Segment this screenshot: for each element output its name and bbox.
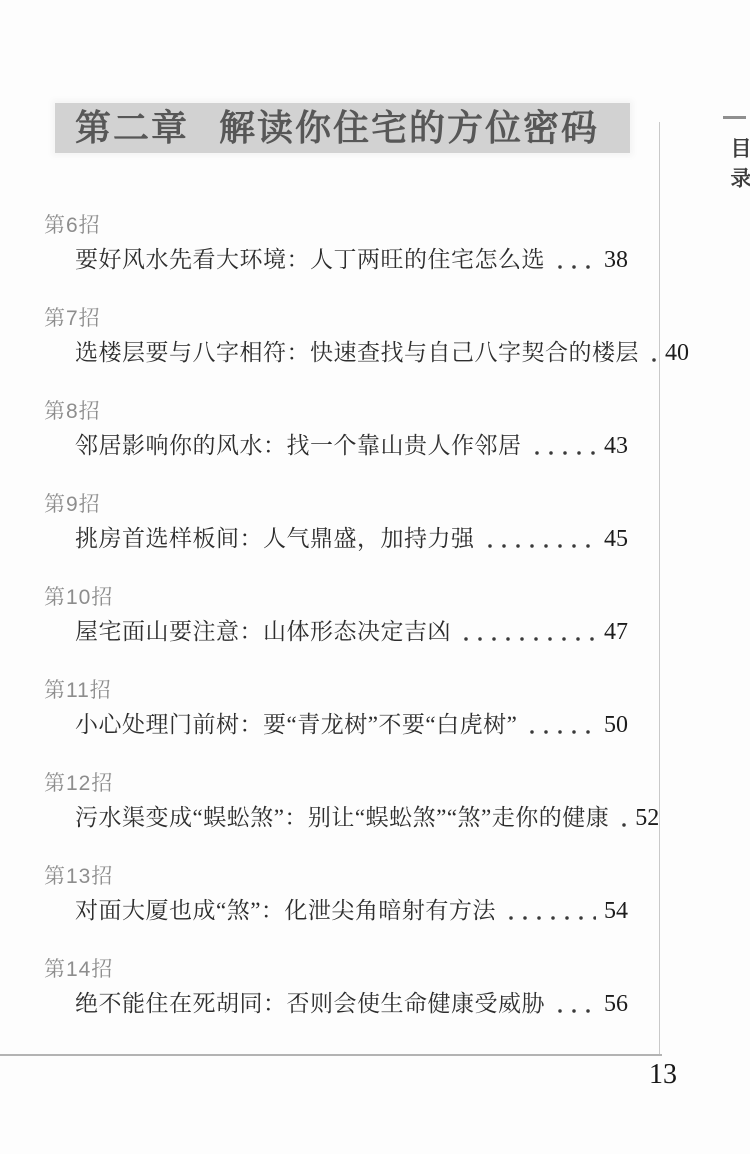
toc-entry: 第9招 挑房首选样板间：人气鼎盛，加持力强 45	[44, 492, 628, 554]
toc-entry: 第14招 绝不能住在死胡同：否则会使生命健康受威胁 56	[44, 957, 628, 1019]
toc-entry-page-number: 50	[604, 710, 628, 740]
toc-entry-row: 绝不能住在死胡同：否则会使生命健康受威胁 56	[44, 989, 628, 1019]
dot-leader	[553, 264, 596, 270]
toc-entry-row: 邻居影响你的风水：找一个靠山贵人作邻居 43	[44, 431, 628, 461]
toc-entry-title: 挑房首选样板间：人气鼎盛，加持力强	[75, 524, 475, 554]
toc-entry: 第8招 邻居影响你的风水：找一个靠山贵人作邻居 43	[44, 399, 628, 461]
toc-entry-title: 污水渠变成“蜈蚣煞”：别让“蜈蚣煞”“煞”走你的健康	[75, 803, 609, 833]
toc-entry-title: 对面大厦也成“煞”：化泄尖角暗射有方法	[75, 896, 496, 926]
dot-leader	[504, 915, 596, 921]
toc-entry-page-number: 43	[604, 431, 628, 461]
toc-entry-page-number: 38	[604, 245, 628, 275]
scanned-toc-page: 第二章解读你住宅的方位密码 第6招 要好风水先看大环境：人丁两旺的住宅怎么选 3…	[0, 0, 750, 1154]
toc-entry-row: 挑房首选样板间：人气鼎盛，加持力强 45	[44, 524, 628, 554]
dot-leader	[525, 729, 596, 735]
dot-leader	[647, 357, 657, 363]
chapter-number: 第二章	[75, 107, 189, 148]
toc-entry-page-number: 47	[604, 617, 628, 647]
toc-entry-tip-number: 第12招	[44, 771, 628, 797]
toc-list: 第6招 要好风水先看大环境：人丁两旺的住宅怎么选 38 第7招 选楼层要与八字相…	[44, 213, 628, 1050]
toc-entry-page-number: 45	[604, 524, 628, 554]
side-tab-dash-mark	[723, 116, 746, 119]
toc-entry: 第11招 小心处理门前树：要“青龙树”不要“白虎树” 50	[44, 678, 628, 740]
toc-entry-title: 要好风水先看大环境：人丁两旺的住宅怎么选	[75, 245, 545, 275]
toc-entry-row: 对面大厦也成“煞”：化泄尖角暗射有方法 54	[44, 896, 628, 926]
toc-entry: 第7招 选楼层要与八字相符：快速查找与自己八字契合的楼层 40	[44, 306, 628, 368]
toc-entry-row: 选楼层要与八字相符：快速查找与自己八字契合的楼层 40	[44, 338, 628, 368]
toc-entry-tip-number: 第10招	[44, 585, 628, 611]
toc-entry-tip-number: 第8招	[44, 399, 628, 425]
toc-entry-tip-number: 第14招	[44, 957, 628, 983]
toc-entry-row: 污水渠变成“蜈蚣煞”：别让“蜈蚣煞”“煞”走你的健康 52	[44, 803, 628, 833]
toc-entry-title: 屋宅面山要注意：山体形态决定吉凶	[75, 617, 451, 647]
toc-entry-page-number: 54	[604, 896, 628, 926]
toc-entry-tip-number: 第6招	[44, 213, 628, 239]
right-vertical-rule	[659, 122, 660, 1054]
toc-entry-title: 绝不能住在死胡同：否则会使生命健康受威胁	[75, 989, 545, 1019]
toc-entry: 第10招 屋宅面山要注意：山体形态决定吉凶 47	[44, 585, 628, 647]
toc-entry-row: 小心处理门前树：要“青龙树”不要“白虎树” 50	[44, 710, 628, 740]
dot-leader	[553, 1008, 596, 1014]
page-number: 13	[642, 1058, 684, 1092]
dot-leader	[617, 822, 627, 828]
toc-entry-tip-number: 第7招	[44, 306, 628, 332]
chapter-title-banner: 第二章解读你住宅的方位密码	[55, 103, 630, 153]
dot-leader	[530, 450, 597, 456]
chapter-title: 解读你住宅的方位密码	[219, 107, 599, 148]
toc-entry: 第6招 要好风水先看大环境：人丁两旺的住宅怎么选 38	[44, 213, 628, 275]
toc-entry-row: 要好风水先看大环境：人丁两旺的住宅怎么选 38	[44, 245, 628, 275]
toc-entry: 第13招 对面大厦也成“煞”：化泄尖角暗射有方法 54	[44, 864, 628, 926]
footer-rule	[0, 1054, 662, 1056]
toc-entry: 第12招 污水渠变成“蜈蚣煞”：别让“蜈蚣煞”“煞”走你的健康 52	[44, 771, 628, 833]
dot-leader	[483, 543, 597, 549]
toc-entry-tip-number: 第13招	[44, 864, 628, 890]
toc-entry-title: 小心处理门前树：要“青龙树”不要“白虎树”	[75, 710, 517, 740]
dot-leader	[459, 636, 596, 642]
side-tab-label: 目录	[724, 137, 750, 197]
toc-entry-title: 选楼层要与八字相符：快速查找与自己八字契合的楼层	[75, 338, 639, 368]
toc-entry-row: 屋宅面山要注意：山体形态决定吉凶 47	[44, 617, 628, 647]
toc-entry-page-number: 52	[635, 803, 659, 833]
toc-entry-page-number: 56	[604, 989, 628, 1019]
toc-entry-page-number: 40	[665, 338, 689, 368]
toc-entry-tip-number: 第11招	[44, 678, 628, 704]
toc-entry-tip-number: 第9招	[44, 492, 628, 518]
toc-entry-title: 邻居影响你的风水：找一个靠山贵人作邻居	[75, 431, 522, 461]
